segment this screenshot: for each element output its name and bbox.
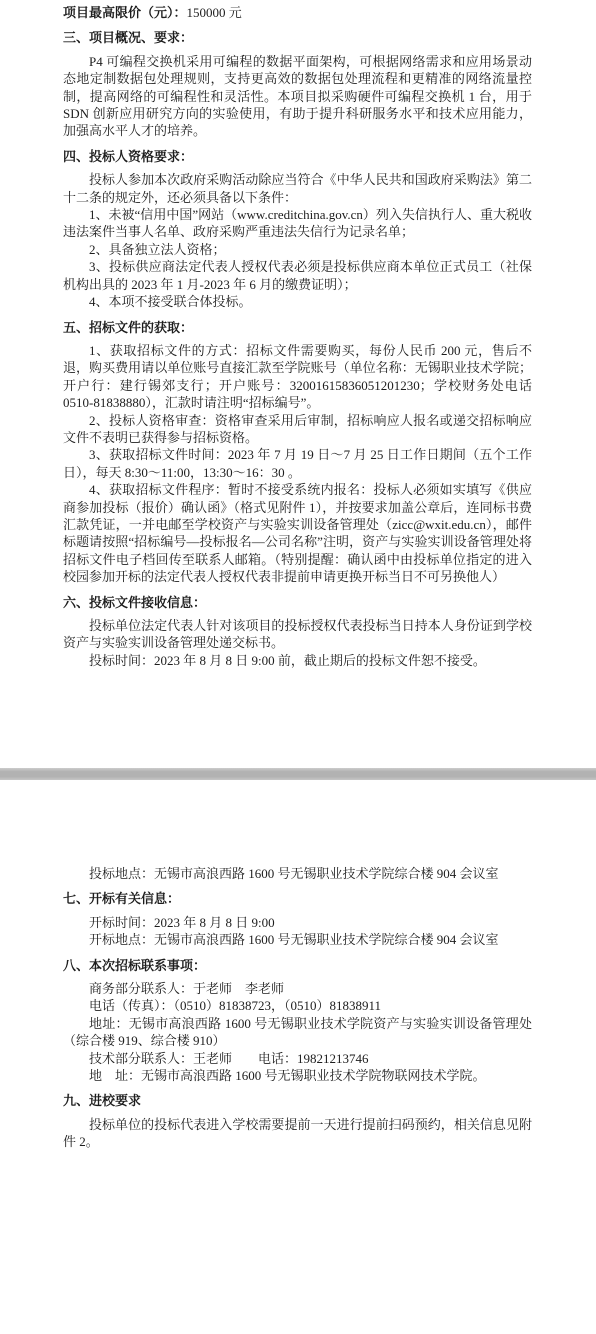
section-4-item-4: 4、本项不接受联合体投标。 (63, 293, 532, 310)
section-5-item-2: 2、投标人资格审查：资格审查采用后审制，招标响应人报名或递交招标响应文件不表明已… (63, 412, 532, 447)
section-6-paragraph-2: 投标时间：2023 年 8 月 8 日 9:00 前，截止期后的投标文件恕不接受… (63, 652, 532, 669)
bid-location-line: 投标地点：无锡市高浪西路 1600 号无锡职业技术学院综合楼 904 会议室 (63, 865, 532, 882)
max-price-value: 150000 元 (187, 5, 242, 20)
section-6-heading: 六、投标文件接收信息： (63, 594, 532, 611)
section-4-intro: 投标人参加本次政府采购活动除应当符合《中华人民共和国政府采购法》第二十二条的规定… (63, 171, 532, 206)
section-5-heading: 五、招标文件的获取： (63, 319, 532, 336)
section-7-open-location: 开标地点：无锡市高浪西路 1600 号无锡职业技术学院综合楼 904 会议室 (63, 931, 532, 948)
document-page-2: 投标地点：无锡市高浪西路 1600 号无锡职业技术学院综合楼 904 会议室 七… (0, 780, 596, 1334)
section-8-address-1: 地址：无锡市高浪西路 1600 号无锡职业技术学院资产与实验实训设备管理处（综合… (63, 1015, 532, 1050)
section-8-tech-contact: 技术部分联系人：王老师 电话：19821213746 (63, 1050, 532, 1067)
section-5-item-1: 1、获取招标文件的方式：招标文件需要购买，每份人民币 200 元，售后不退，购买… (63, 342, 532, 412)
section-7-heading: 七、开标有关信息： (63, 890, 532, 907)
section-5-item-3: 3、获取招标文件时间：2023 年 7 月 19 日～7 月 25 日工作日期间… (63, 446, 532, 481)
section-7-open-time: 开标时间：2023 年 8 月 8 日 9:00 (63, 914, 532, 931)
section-8-business-contact: 商务部分联系人：于老师 李老师 (63, 980, 532, 997)
section-9-paragraph: 投标单位的投标代表进入学校需要提前一天进行提前扫码预约，相关信息见附件 2。 (63, 1116, 532, 1151)
section-9-heading: 九、进校要求 (63, 1092, 532, 1109)
section-3-paragraph: P4 可编程交换机采用可编程的数据平面架构，可根据网络需求和应用场景动态地定制数… (63, 53, 532, 140)
max-price-line: 项目最高限价（元）：150000 元 (63, 4, 532, 21)
section-4-item-3: 3、投标供应商法定代表人授权代表必须是投标供应商本单位正式员工（社保机构出具的 … (63, 258, 532, 293)
section-5-item-4: 4、获取招标文件程序：暂时不接受系统内报名：投标人必须如实填写《供应商参加投标（… (63, 481, 532, 585)
section-4-heading: 四、投标人资格要求： (63, 148, 532, 165)
section-8-address-2: 地 址：无锡市高浪西路 1600 号无锡职业技术学院物联网技术学院。 (63, 1067, 532, 1084)
section-8-phone-fax: 电话（传真）：（0510）81838723，（0510）81838911 (63, 997, 532, 1014)
section-4-item-1: 1、未被“信用中国”网站（www.creditchina.gov.cn）列入失信… (63, 206, 532, 241)
document-page-1: 项目最高限价（元）：150000 元 三、项目概况、要求： P4 可编程交换机采… (0, 0, 596, 768)
page-break-divider (0, 768, 596, 780)
section-4-item-2: 2、具备独立法人资格； (63, 241, 532, 258)
section-3-heading: 三、项目概况、要求： (63, 29, 532, 46)
section-8-heading: 八、本次招标联系事项： (63, 957, 532, 974)
section-6-paragraph-1: 投标单位法定代表人针对该项目的投标授权代表投标当日持本人身份证到学校资产与实验实… (63, 617, 532, 652)
max-price-label: 项目最高限价（元）： (63, 5, 187, 20)
